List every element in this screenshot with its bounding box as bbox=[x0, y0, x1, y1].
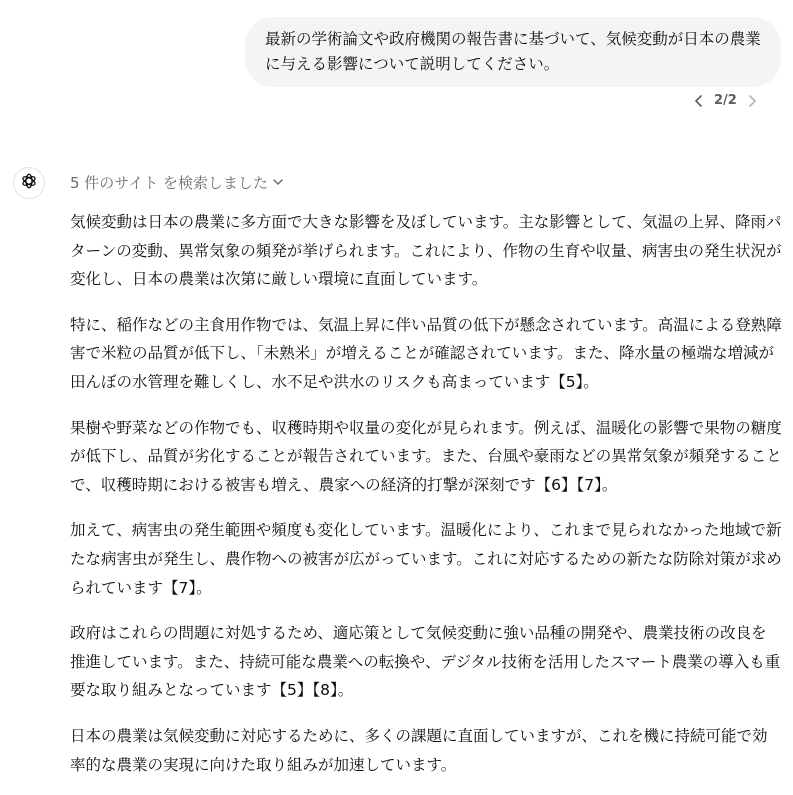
assistant-response: 気候変動は日本の農業に多方面で大きな影響を及ぼしています。主な影響として、気温の… bbox=[70, 208, 782, 795]
search-summary-label: 5 件のサイト を検索しました bbox=[70, 172, 268, 193]
chevron-down-icon bbox=[272, 174, 284, 192]
response-paragraph: 加えて、病害虫の発生範囲や頻度も変化しています。温暖化により、これまで見られなか… bbox=[70, 516, 782, 602]
response-paragraph: 果樹や野菜などの作物でも、収穫時期や収量の変化が見られます。例えば、温暖化の影響… bbox=[70, 414, 782, 500]
response-pagination: 2/2 bbox=[692, 93, 759, 108]
response-paragraph: 政府はこれらの問題に対処するため、適応策として気候変動に強い品種の開発や、農業技… bbox=[70, 619, 782, 705]
pagination-label: 2/2 bbox=[714, 93, 737, 108]
user-message-bubble: 最新の学術論文や政府機関の報告書に基づいて、気候変動が日本の農業に与える影響につ… bbox=[245, 17, 781, 87]
response-paragraph: 日本の農業は気候変動に対応するために、多くの課題に直面していますが、これを機に持… bbox=[70, 722, 782, 779]
user-message-text: 最新の学術論文や政府機関の報告書に基づいて、気候変動が日本の農業に与える影響につ… bbox=[265, 30, 761, 73]
avatar bbox=[13, 167, 45, 199]
assistant-avatar-container bbox=[13, 167, 45, 199]
chat-page: 最新の学術論文や政府機関の報告書に基づいて、気候変動が日本の農業に与える影響につ… bbox=[0, 0, 793, 795]
chevron-right-icon[interactable] bbox=[745, 94, 759, 108]
response-paragraph: 特に、稲作などの主食用作物では、気温上昇に伴い品質の低下が懸念されています。高温… bbox=[70, 311, 782, 397]
response-paragraph: 気候変動は日本の農業に多方面で大きな影響を及ぼしています。主な影響として、気温の… bbox=[70, 208, 782, 294]
openai-logo-icon bbox=[20, 172, 38, 194]
search-sources-toggle[interactable]: 5 件のサイト を検索しました bbox=[70, 172, 284, 193]
chevron-left-icon[interactable] bbox=[692, 94, 706, 108]
